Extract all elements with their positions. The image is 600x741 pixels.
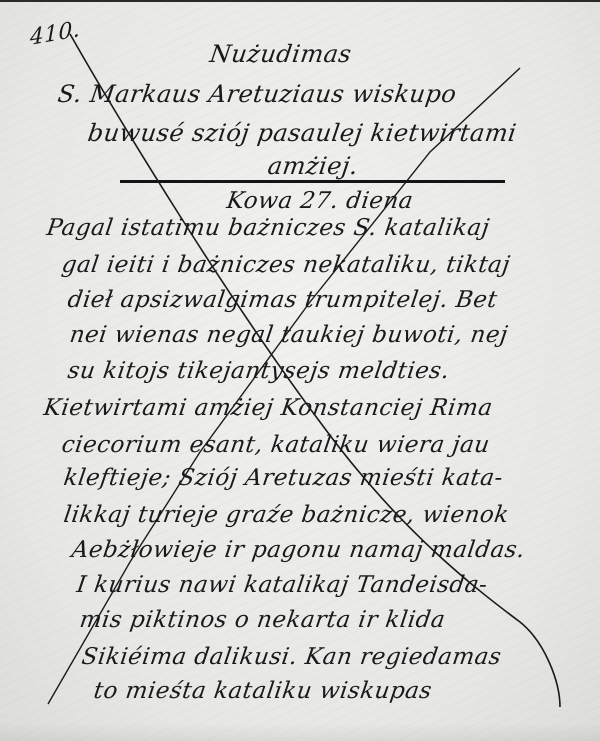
- body-line-14: to mieśta kataliku wiskupas: [92, 678, 434, 704]
- body-line-4: nei wienas negal taukiej buwoti, nej: [68, 322, 510, 348]
- body-line-10: Aebżłowieje ir pagonu namaj maldas.: [70, 537, 527, 563]
- title-line-2: S. Markaus Aretuziaus wiskupo: [56, 80, 458, 108]
- manuscript-page: 410. Nużudimas S. Markaus Aretuziaus wis…: [0, 0, 600, 741]
- title-line-4: amżiej.: [266, 152, 360, 180]
- title-line-1: Nużudimas: [208, 40, 353, 68]
- body-line-11: I kurius nawi katalikaj Tandeisda-: [75, 572, 489, 598]
- body-line-13: Sikiéima dalikusi. Kan regiedamas: [80, 644, 503, 670]
- body-line-3: dieł apsizwalgimas trumpitelej. Bet: [66, 287, 499, 313]
- title-underline: [120, 180, 505, 183]
- body-line-6: Kietwirtami amżiej Konstanciej Rima: [42, 395, 494, 421]
- body-line-7: ciecorium esant, kataliku wiera jau: [60, 432, 492, 458]
- body-line-8: kleftieje; Sziój Aretuzas mieśti kata-: [62, 465, 505, 491]
- body-line-5: su kitojs tikejantysejs meldties.: [66, 358, 451, 384]
- page-number: 410.: [30, 17, 80, 51]
- body-line-1: Pagal istatimu bażniczes S. katalikaj: [45, 215, 491, 241]
- body-line-2: gal ieiti i bażniczes nekataliku, tiktaj: [60, 252, 512, 278]
- title-line-3: buwusé sziój pasaulej kietwirtami: [86, 119, 518, 147]
- date-line: Kowa 27. diena: [225, 188, 415, 214]
- body-line-9: likkaj turieje graźe bażnicze, wienok: [62, 502, 511, 528]
- body-line-12: mis piktinos o nekarta ir klida: [78, 607, 447, 633]
- paper-bottom-edge: [0, 723, 600, 741]
